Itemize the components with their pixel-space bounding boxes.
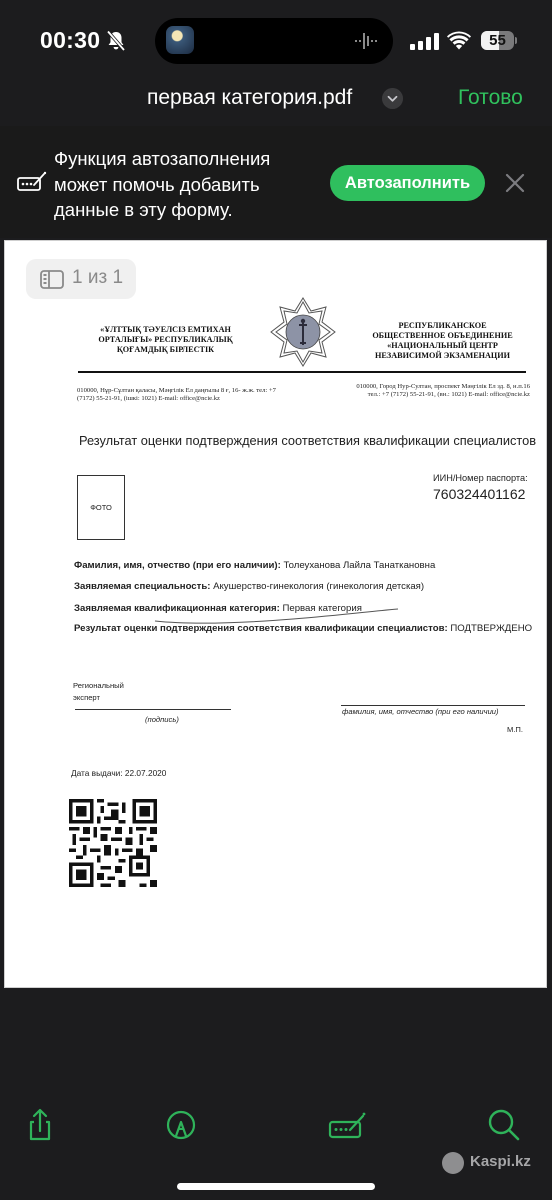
page-indicator[interactable]: 1 из 1	[26, 259, 136, 299]
expert-label: Региональный эксперт	[73, 680, 124, 704]
document-heading: Результат оценки подтверждения соответст…	[79, 433, 536, 448]
now-playing-app-icon	[166, 26, 194, 54]
audio-wave-icon	[353, 32, 379, 50]
watermark-text: Kaspi.kz	[470, 1153, 531, 1170]
page-count: 1 из 1	[72, 267, 123, 289]
home-indicator[interactable]	[177, 1183, 375, 1190]
autofill-button[interactable]: Автозаполнить	[330, 165, 485, 201]
name-caption: фамилия, имя, отчество (при его наличии)	[342, 707, 499, 716]
document-title[interactable]: первая категория.pdf	[147, 86, 352, 110]
search-button[interactable]	[484, 1105, 524, 1145]
status-bar: 00:30 55	[0, 0, 552, 80]
dynamic-island[interactable]	[155, 18, 393, 64]
clock: 00:30	[40, 27, 100, 54]
field-result: Результат оценки подтверждения соответст…	[74, 623, 532, 634]
photo-label: ФОТО	[78, 503, 124, 512]
issue-date: Дата выдачи: 22.07.2020	[71, 768, 166, 778]
sidebar-icon	[40, 270, 64, 289]
markup-pen-icon	[161, 1105, 201, 1145]
address-russian: 010000, Город Нур-Султан, проспект Мәңгі…	[350, 383, 530, 399]
form-fill-icon	[17, 170, 47, 192]
autofill-message: Функция автозаполнения может помочь доба…	[54, 146, 314, 223]
org-name-russian: РЕСПУБЛИКАНСКОЕ ОБЩЕСТВЕННОЕ ОБЪЕДИНЕНИЕ…	[365, 321, 520, 361]
emblem-icon	[270, 297, 336, 367]
markup-button[interactable]	[161, 1105, 201, 1145]
bell-slash-icon	[106, 30, 126, 52]
stamp-label: М.П.	[507, 725, 523, 734]
photo-placeholder: ФОТО	[77, 475, 125, 540]
navigation-bar: первая категория.pdf Готово	[0, 86, 552, 114]
qr-code	[69, 797, 157, 889]
share-button[interactable]	[20, 1105, 60, 1145]
iin-label: ИИН/Номер паспорта:	[433, 473, 528, 483]
watermark-logo-icon	[442, 1152, 464, 1174]
pdf-page[interactable]: 1 из 1 «ҰЛТТЫҚ ТӘУЕЛСІЗ ЕМТИХАН ОРТАЛЫҒЫ…	[4, 240, 547, 988]
field-specialty: Заявляемая специальность: Акушерство-гин…	[74, 581, 424, 592]
battery-level: 55	[481, 31, 514, 50]
org-name-kazakh: «ҰЛТТЫҚ ТӘУЕЛСІЗ ЕМТИХАН ОРТАЛЫҒЫ» РЕСПУ…	[73, 325, 258, 355]
watermark: Kaspi.kz	[440, 1150, 550, 1176]
battery-icon: 55	[481, 31, 517, 50]
signature-line	[75, 709, 231, 710]
iin-value: 760324401162	[433, 486, 525, 502]
search-icon	[484, 1105, 524, 1145]
chevron-down-icon[interactable]	[382, 88, 403, 109]
autofill-banner: Функция автозаполнения может помочь доба…	[0, 126, 552, 238]
header-divider	[78, 371, 526, 373]
form-fill-icon	[327, 1105, 367, 1145]
name-line	[341, 705, 525, 706]
bottom-toolbar	[0, 1105, 552, 1155]
address-kazakh: 010000, Нұр-Сұлтан қаласы, Мәңгілік Ел д…	[77, 387, 287, 403]
close-icon[interactable]	[505, 173, 525, 193]
field-full-name: Фамилия, имя, отчество (при его наличии)…	[74, 560, 435, 571]
wifi-icon	[447, 31, 471, 50]
fill-sign-button[interactable]	[327, 1105, 367, 1145]
signature-caption: (подпись)	[145, 715, 179, 724]
share-icon	[20, 1105, 60, 1145]
done-button[interactable]: Готово	[458, 86, 523, 110]
signal-icon	[410, 33, 439, 50]
